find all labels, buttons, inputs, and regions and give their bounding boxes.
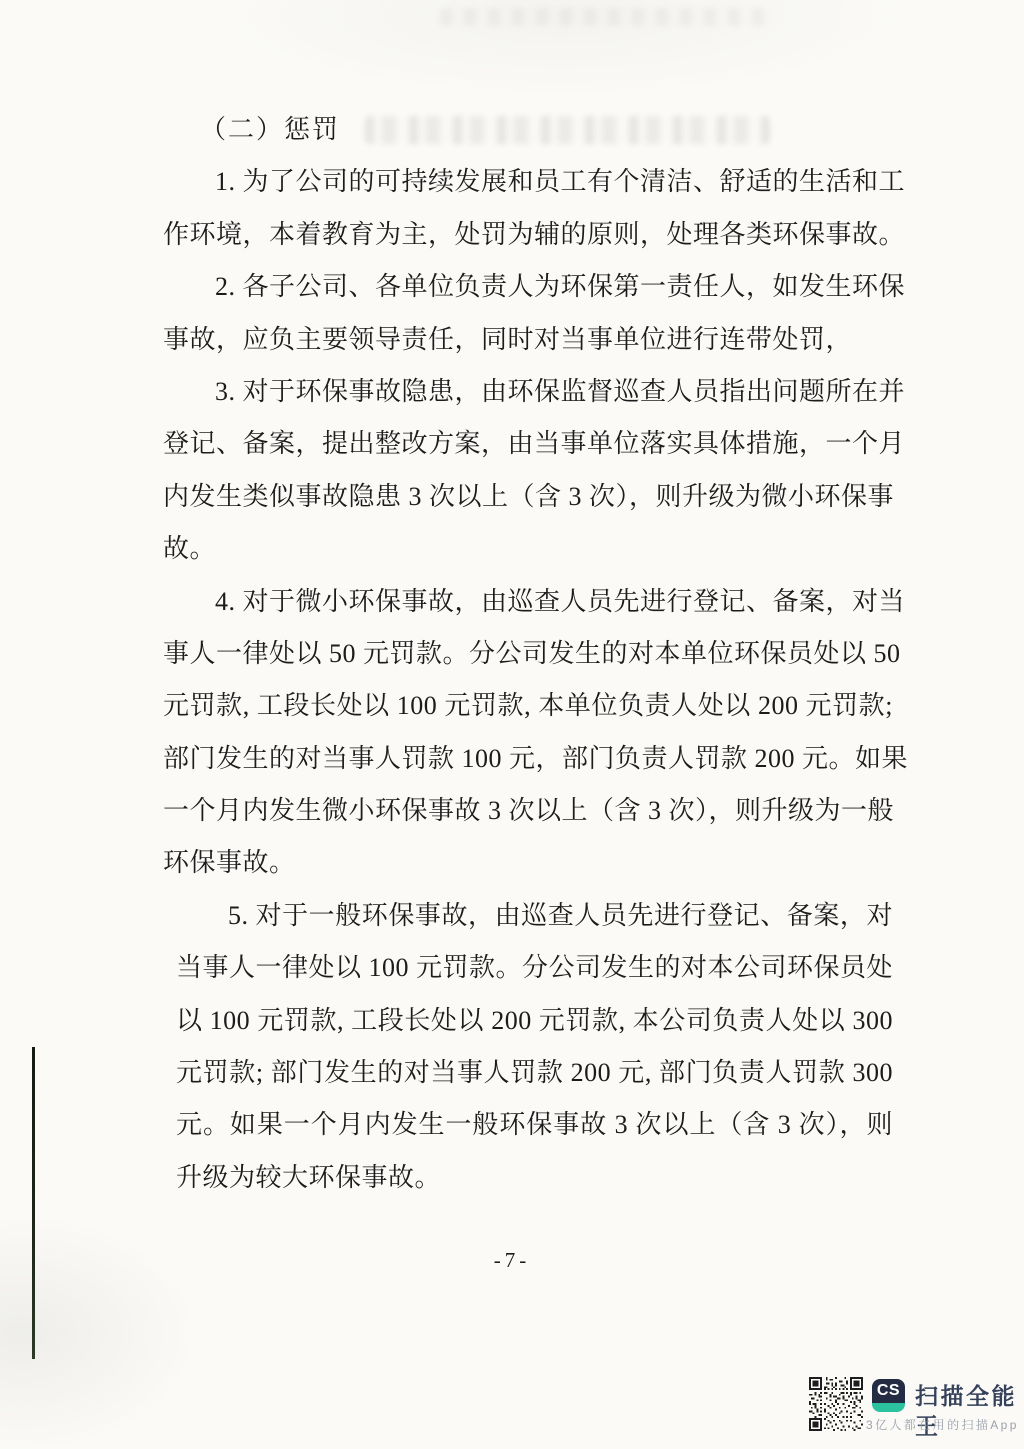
paragraph-2: 2. 各子公司、各单位负责人为环保第一责任人，如发生环保 事故，应负主要领导责任… — [163, 261, 893, 366]
text-line: 事故，应负主要领导责任，同时对当事单位进行连带处罚， — [163, 314, 893, 366]
text-line: 部门发生的对当事人罚款 100 元，部门负责人罚款 200 元。如果 — [163, 733, 893, 785]
text-line: 作环境，本着教育为主，处罚为辅的原则，处理各类环保事故。 — [163, 209, 893, 261]
paragraph-1: 1. 为了公司的可持续发展和员工有个清洁、舒适的生活和工 作环境，本着教育为主，… — [163, 156, 893, 261]
text-line: 环保事故。 — [163, 837, 893, 889]
text-line: 登记、备案，提出整改方案，由当事单位落实具体措施，一个月 — [163, 418, 893, 470]
document-body: （二）惩罚 1. 为了公司的可持续发展和员工有个清洁、舒适的生活和工 作环境，本… — [163, 104, 893, 1204]
text-line: 升级为较大环保事故。 — [163, 1152, 893, 1204]
text-line: 元罚款, 工段长处以 100 元罚款, 本单位负责人处以 200 元罚款; — [163, 680, 893, 732]
camscanner-logo-icon: CS — [872, 1379, 905, 1412]
scan-noise-artifact — [440, 8, 770, 26]
text-line: 3. 对于环保事故隐患，由环保监督巡查人员指出问题所在并 — [163, 366, 893, 418]
watermark-tagline: 3亿人都在用的扫描App — [866, 1416, 1019, 1433]
text-line: 1. 为了公司的可持续发展和员工有个清洁、舒适的生活和工 — [163, 156, 893, 208]
text-line: 以 100 元罚款, 工段长处以 200 元罚款, 本公司负责人处以 300 — [163, 995, 893, 1047]
text-line: 一个月内发生微小环保事故 3 次以上（含 3 次），则升级为一般 — [163, 785, 893, 837]
page-number: -7- — [0, 1248, 1024, 1273]
text-line: 内发生类似事故隐患 3 次以上（含 3 次），则升级为微小环保事 — [163, 471, 893, 523]
scan-edge-line-artifact — [32, 1047, 35, 1359]
text-line: 故。 — [163, 523, 893, 575]
qr-code-icon — [809, 1377, 863, 1431]
text-line: 4. 对于微小环保事故，由巡查人员先进行登记、备案，对当 — [163, 576, 893, 628]
paragraph-4: 4. 对于微小环保事故，由巡查人员先进行登记、备案，对当 事人一律处以 50 元… — [163, 576, 893, 890]
text-line: 5. 对于一般环保事故，由巡查人员先进行登记、备案，对 — [163, 890, 893, 942]
paragraph-5: 5. 对于一般环保事故，由巡查人员先进行登记、备案，对 当事人一律处以 100 … — [163, 890, 893, 1204]
paragraph-3: 3. 对于环保事故隐患，由环保监督巡查人员指出问题所在并 登记、备案，提出整改方… — [163, 366, 893, 576]
text-line: 事人一律处以 50 元罚款。分公司发生的对本单位环保员处以 50 — [163, 628, 893, 680]
text-line: 2. 各子公司、各单位负责人为环保第一责任人，如发生环保 — [163, 261, 893, 313]
camscanner-logo-text: CS — [877, 1379, 900, 1403]
text-line: 元罚款; 部门发生的对当事人罚款 200 元, 部门负责人罚款 300 — [163, 1047, 893, 1099]
text-line: 元。如果一个月内发生一般环保事故 3 次以上（含 3 次），则 — [163, 1099, 893, 1151]
text-line: 当事人一律处以 100 元罚款。分公司发生的对本公司环保员处 — [163, 942, 893, 994]
scanned-document-page: （二）惩罚 1. 为了公司的可持续发展和员工有个清洁、舒适的生活和工 作环境，本… — [0, 0, 1024, 1449]
section-heading: （二）惩罚 — [163, 104, 893, 156]
